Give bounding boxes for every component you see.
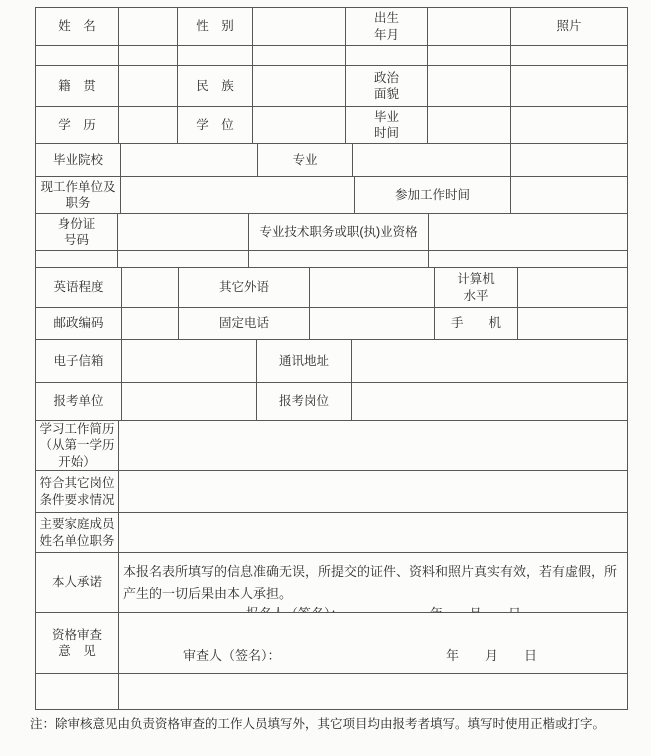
work-unit-value[interactable] [121, 177, 355, 213]
english-level-label: 英语程度 [36, 268, 122, 307]
row-family-members: 主要家庭成员 姓名单位职务 [36, 513, 627, 553]
mailing-address-value[interactable] [352, 340, 627, 382]
postal-code-value[interactable] [122, 308, 179, 339]
email-value[interactable] [122, 340, 257, 382]
graduation-time-label: 毕业 时间 [346, 107, 428, 143]
applied-position-label: 报考岗位 [257, 383, 352, 420]
native-place-label: 籍 贯 [36, 66, 119, 106]
computer-level-label: 计算机 水平 [435, 268, 518, 307]
pledge-statement: 本报名表所填写的信息准确无误，所提交的证件、资料和照片真实有效，若有虚假，所产生… [119, 553, 627, 605]
filler-cell[interactable] [119, 46, 178, 65]
mobile-value[interactable] [518, 308, 627, 339]
id-number-value[interactable] [118, 214, 249, 250]
landline-value[interactable] [310, 308, 435, 339]
row-education-degree-gradtime: 学 历 学 位 毕业 时间 [36, 107, 627, 144]
other-requirements-value[interactable] [119, 471, 627, 512]
computer-level-value[interactable] [518, 268, 627, 307]
filler-cell[interactable] [36, 251, 118, 267]
row-other-requirements: 符合其它岗位 条件要求情况 [36, 471, 627, 513]
review-opinion-content[interactable]: 审查人（签名）： 年 月 日 [119, 613, 627, 673]
education-value[interactable] [119, 107, 178, 143]
birthdate-label: 出生 年月 [346, 8, 428, 45]
review-signature-line: 审查人（签名）： 年 月 日 [119, 648, 627, 673]
applied-unit-label: 报考单位 [36, 383, 122, 420]
ethnicity-value[interactable] [253, 66, 346, 106]
row-idnumber-qualification: 身份证 号码 专业技术职务或职(执)业资格 [36, 214, 627, 251]
graduation-school-label: 毕业院校 [36, 144, 121, 176]
political-status-value[interactable] [428, 66, 511, 106]
row-filler-top [36, 46, 627, 66]
ethnicity-label: 民 族 [178, 66, 253, 106]
row-english-otherlang-computer: 英语程度 其它外语 计算机 水平 [36, 268, 627, 308]
degree-value[interactable] [253, 107, 346, 143]
gender-label: 性 别 [178, 8, 253, 45]
row-filler-bottom [36, 674, 627, 709]
applied-unit-value[interactable] [122, 383, 257, 420]
row-email-address: 电子信箱 通讯地址 [36, 340, 627, 383]
row-workunit-workstart: 现工作单位及 职务 参加工作时间 [36, 177, 627, 214]
work-unit-label: 现工作单位及 职务 [36, 177, 121, 213]
pledge-signature-line: 报名人（签名）： 年 月 日 [119, 606, 627, 612]
filler-cell[interactable] [429, 251, 627, 267]
professional-qualification-value[interactable] [429, 214, 627, 250]
reviewer-signature-label: 审查人（签名）： [183, 648, 281, 665]
family-members-label: 主要家庭成员 姓名单位职务 [36, 513, 119, 552]
pledge-date-label: 年 月 日 [430, 606, 521, 612]
filler-cell[interactable] [249, 251, 429, 267]
gender-value[interactable] [253, 8, 346, 45]
pledge-label: 本人承诺 [36, 553, 119, 612]
filler-cell[interactable] [119, 674, 627, 709]
filler-cell[interactable] [511, 144, 627, 176]
row-filler-middle [36, 251, 627, 268]
photo-area-cell[interactable] [511, 107, 627, 143]
other-language-value[interactable] [310, 268, 435, 307]
mailing-address-label: 通讯地址 [257, 340, 352, 382]
native-place-value[interactable] [119, 66, 178, 106]
filler-cell[interactable] [346, 46, 428, 65]
name-value[interactable] [119, 8, 178, 45]
mobile-label: 手 机 [435, 308, 518, 339]
row-school-major: 毕业院校 专业 [36, 144, 627, 177]
row-review-opinion: 资格审查 意 见 审查人（签名）： 年 月 日 [36, 613, 627, 674]
name-label: 姓 名 [36, 8, 119, 45]
filler-cell[interactable] [118, 251, 249, 267]
photo-label: 照片 [511, 8, 627, 45]
english-level-value[interactable] [122, 268, 179, 307]
work-start-time-value[interactable] [511, 177, 627, 213]
filler-cell[interactable] [36, 46, 119, 65]
pledge-content: 本报名表所填写的信息准确无误，所提交的证件、资料和照片真实有效，若有虚假，所产生… [119, 553, 627, 612]
graduation-time-value[interactable] [428, 107, 511, 143]
major-value[interactable] [353, 144, 511, 176]
photo-area-cell[interactable] [511, 66, 627, 106]
applied-position-value[interactable] [352, 383, 627, 420]
degree-label: 学 位 [178, 107, 253, 143]
email-label: 电子信箱 [36, 340, 122, 382]
graduation-school-value[interactable] [121, 144, 258, 176]
application-form-table: 姓 名 性 别 出生 年月 照片 籍 贯 民 族 政治 面貌 学 历 学 位 毕… [35, 7, 628, 710]
landline-label: 固定电话 [179, 308, 310, 339]
applicant-signature-label: 报名人（签名）： [246, 606, 344, 612]
filler-cell[interactable] [36, 674, 119, 709]
id-number-label: 身份证 号码 [36, 214, 118, 250]
resume-value[interactable] [119, 421, 627, 470]
major-label: 专业 [258, 144, 353, 176]
political-status-label: 政治 面貌 [346, 66, 428, 106]
education-label: 学 历 [36, 107, 119, 143]
filler-cell[interactable] [428, 46, 511, 65]
birthdate-value[interactable] [428, 8, 511, 45]
row-postal-landline-mobile: 邮政编码 固定电话 手 机 [36, 308, 627, 340]
work-start-time-label: 参加工作时间 [355, 177, 511, 213]
postal-code-label: 邮政编码 [36, 308, 122, 339]
row-pledge: 本人承诺 本报名表所填写的信息准确无误，所提交的证件、资料和照片真实有效，若有虚… [36, 553, 627, 613]
filler-cell[interactable] [253, 46, 346, 65]
other-requirements-label: 符合其它岗位 条件要求情况 [36, 471, 119, 512]
filler-cell[interactable] [178, 46, 253, 65]
professional-qualification-label: 专业技术职务或职(执)业资格 [249, 214, 429, 250]
row-nativeplace-ethnicity-political: 籍 贯 民 族 政治 面貌 [36, 66, 627, 107]
row-resume: 学习工作简历 （从第一学历 开始） [36, 421, 627, 471]
resume-label: 学习工作简历 （从第一学历 开始） [36, 421, 119, 470]
filler-cell[interactable] [511, 46, 627, 65]
row-appliedunit-appliedpost: 报考单位 报考岗位 [36, 383, 627, 421]
row-name-gender-birth: 姓 名 性 别 出生 年月 照片 [36, 8, 627, 46]
other-language-label: 其它外语 [179, 268, 310, 307]
family-members-value[interactable] [119, 513, 627, 552]
review-date-label: 年 月 日 [446, 648, 537, 665]
review-opinion-label: 资格审查 意 见 [36, 613, 119, 673]
form-footnote: 注：除审核意见由负责资格审查的工作人员填写外，其它项目均由报考者填写。填写时使用… [30, 716, 640, 734]
